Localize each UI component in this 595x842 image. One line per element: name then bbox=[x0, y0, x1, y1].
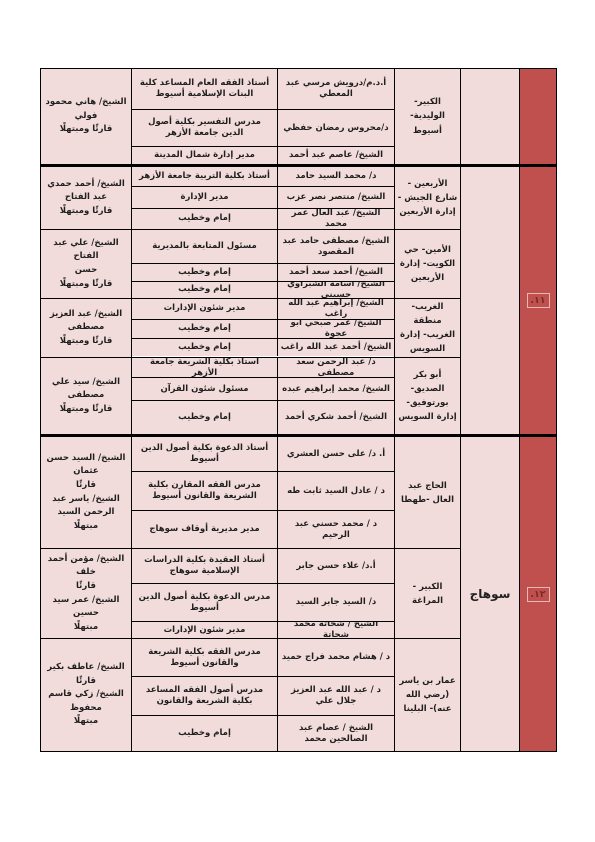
staff-entry-row: الشيخ / عصام عبد الصالحين محمدإمام وخطيب bbox=[132, 715, 394, 751]
mosque-row: الكبير - المراغةأ.د/ علاء حسن جابرأستاذ … bbox=[41, 548, 460, 638]
staff-name-cell: الشيخ / شحاتة محمد شحاتة bbox=[277, 622, 394, 638]
staff-entry-row: الشيخ/ محمد إبراهيم عبدهمسئول شئون القرآ… bbox=[132, 377, 394, 400]
staff-name-cell: الشيخ/ منتصر نصر عزب bbox=[277, 187, 394, 208]
rows-stack: الأربعين - شارع الجيش - إدارة الأربعيند/… bbox=[41, 167, 460, 434]
staff-entry-row: أ.د/ علاء حسن جابرأستاذ العقيدة بكلية ال… bbox=[132, 549, 394, 583]
staff-entries-stack: أ. د/ على حسن العشريأستاذ الدعوة بكلية أ… bbox=[131, 437, 394, 548]
staff-entries-stack: د/ محمد السيد حامدأستاذ بكلية التربية جا… bbox=[131, 167, 394, 229]
staff-entry-row: د / عبد الله عبد العزيز جلال عليمدرس أصو… bbox=[132, 676, 394, 715]
mosque-row: عمار بن ياسر (رضي الله عنه)- البليناد / … bbox=[41, 638, 460, 751]
governorate-group: ١٢.سوهاجالحاج عبد العال -طهطاأ. د/ على ح… bbox=[41, 434, 556, 751]
serial-column-cell: ١٢. bbox=[519, 437, 556, 751]
staff-entry-row: الشيخ / شحاتة محمد شحاتةمدير شئون الإدار… bbox=[132, 621, 394, 638]
reciters-cell: الشيخ/ السيد حسن عثمان قارئًا الشيخ/ ياس… bbox=[41, 437, 131, 548]
staff-position-cell: مدير إدارة شمال المدينة bbox=[132, 147, 277, 164]
staff-entry-row: د/ السيد جابر السيدمدرس الدعوة بكلية أصو… bbox=[132, 583, 394, 621]
staff-entry-row: أ. د/ على حسن العشريأستاذ الدعوة بكلية أ… bbox=[132, 437, 394, 471]
staff-name-cell: د / محمد حسني عبد الرحيم bbox=[277, 511, 394, 548]
staff-entry-row: الشيخ/ مصطفى حامد عبد المقصودمسئول المتا… bbox=[132, 230, 394, 263]
staff-position-cell: مسئول المتابعة بالمديرية bbox=[132, 230, 277, 263]
staff-entry-row: الشيخ/ عبد العال عمر محمدإمام وخطيب bbox=[132, 208, 394, 229]
governorate-label: سوهاج bbox=[470, 587, 511, 601]
rows-stack: الكبير- الوليدية- أسيوطأ.د.م/درويش مرسي … bbox=[41, 69, 460, 164]
staff-name-cell: الشيخ / عصام عبد الصالحين محمد bbox=[277, 716, 394, 751]
document-page: الكبير- الوليدية- أسيوطأ.د.م/درويش مرسي … bbox=[0, 0, 595, 842]
governorate-cell bbox=[460, 167, 519, 434]
staff-name-cell: الشيخ/ أحمد سعد أحمد bbox=[277, 264, 394, 281]
staff-name-cell: الشيخ/ أحمد عبد الله راغب bbox=[277, 339, 394, 356]
staff-position-cell: أستاذ العقيدة بكلية الدراسات الإسلامية س… bbox=[132, 549, 277, 583]
staff-position-cell: أستاذ الدعوة بكلية أصول الدين أسيوط bbox=[132, 437, 277, 471]
staff-position-cell: أستاذ الفقه العام المساعد كلية البنات ال… bbox=[132, 69, 277, 109]
staff-entry-row: د/محروس رمضان حفظيمدرس التفسير بكلية أصو… bbox=[132, 109, 394, 146]
governorate-cell bbox=[460, 69, 519, 164]
staff-position-cell: إمام وخطيب bbox=[132, 209, 277, 229]
staff-name-cell: الشيخ/ مصطفى حامد عبد المقصود bbox=[277, 230, 394, 263]
staff-name-cell: د / عادل السيد ثابت طه bbox=[277, 472, 394, 510]
staff-entry-row: الشيخ/ أسامة الشبراوي حسينيإمام وخطيب bbox=[132, 281, 394, 298]
staff-entries-stack: أ.د.م/درويش مرسي عبد المعطيأستاذ الفقه ا… bbox=[131, 69, 394, 164]
staff-position-cell: إمام وخطيب bbox=[132, 716, 277, 751]
mosque-name-cell: الكبير - المراغة bbox=[394, 549, 460, 638]
staff-position-cell: إمام وخطيب bbox=[132, 282, 277, 298]
staff-name-cell: د/ عبد الرحمن سعد مصطفى bbox=[277, 358, 394, 377]
mosque-row: الأربعين - شارع الجيش - إدارة الأربعيند/… bbox=[41, 167, 460, 229]
staff-position-cell: مدرس أصول الفقه المساعد بكلية الشريعة وا… bbox=[132, 677, 277, 715]
mosque-name-cell: أبو بكر الصديق- بورتوفيق- إدارة السويس bbox=[394, 358, 460, 434]
reciters-cell: الشيخ/ عبد العزيز مصطفى قارئًا ومبتهلًا bbox=[41, 299, 131, 357]
staff-name-cell: الشيخ/ عبد العال عمر محمد bbox=[277, 209, 394, 229]
staff-entry-row: الشيخ/ أحمد شكري أحمدإمام وخطيب bbox=[132, 400, 394, 434]
staff-name-cell: أ.د/ علاء حسن جابر bbox=[277, 549, 394, 583]
governorate-group: ١١.الأربعين - شارع الجيش - إدارة الأربعي… bbox=[41, 164, 556, 434]
staff-position-cell: مدرس التفسير بكلية أصول الدين جامعة الأز… bbox=[132, 110, 277, 146]
staff-name-cell: الشيخ/ عمر صبحي أبو عجوة bbox=[277, 320, 394, 338]
staff-entry-row: د / عادل السيد ثابت طهمدرس الفقه المقارن… bbox=[132, 471, 394, 510]
staff-position-cell: مدير الإدارة bbox=[132, 187, 277, 208]
staff-position-cell: إمام وخطيب bbox=[132, 264, 277, 281]
mosque-row: أبو بكر الصديق- بورتوفيق- إدارة السويسد/… bbox=[41, 357, 460, 434]
staff-entry-row: د / محمد حسني عبد الرحيممدير مديرية أوقا… bbox=[132, 510, 394, 548]
staff-name-cell: الشيخ/ عاصم عبد أحمد bbox=[277, 147, 394, 164]
staff-position-cell: مدير مديرية أوقاف سوهاج bbox=[132, 511, 277, 548]
staff-name-cell: د/ محمد السيد حامد bbox=[277, 167, 394, 186]
mosque-name-cell: الأمين- حي الكويت- إدارة الأربعين bbox=[394, 230, 460, 298]
staff-position-cell: أستاذ بكلية التربية جامعة الأزهر bbox=[132, 167, 277, 186]
serial-number-badge: ١١. bbox=[527, 293, 550, 308]
staff-entries-stack: د / هشام محمد فراج حميدمدرس الفقه بكلية … bbox=[131, 639, 394, 751]
staff-position-cell: مدرس الفقه المقارن بكلية الشريعة والقانو… bbox=[132, 472, 277, 510]
governorate-group: الكبير- الوليدية- أسيوطأ.د.م/درويش مرسي … bbox=[41, 69, 556, 164]
staff-name-cell: الشيخ/ أسامة الشبراوي حسيني bbox=[277, 282, 394, 298]
staff-name-cell: الشيخ/ محمد إبراهيم عبده bbox=[277, 378, 394, 400]
staff-entry-row: الشيخ/ أحمد عبد الله راغبإمام وخطيب bbox=[132, 338, 394, 356]
reciters-cell: الشيخ/ سيد علي مصطفى قارئًا ومبتهلًا bbox=[41, 358, 131, 434]
staff-position-cell: إمام وخطيب bbox=[132, 401, 277, 434]
staff-entries-stack: د/ عبد الرحمن سعد مصطفىأستاذ بكلية الشري… bbox=[131, 358, 394, 434]
staff-name-cell: الشيخ/ إبراهيم عبد الله راغب bbox=[277, 299, 394, 319]
serial-column-cell bbox=[519, 69, 556, 164]
staff-entry-row: الشيخ/ عمر صبحي أبو عجوةإمام وخطيب bbox=[132, 319, 394, 338]
staff-entries-stack: أ.د/ علاء حسن جابرأستاذ العقيدة بكلية ال… bbox=[131, 549, 394, 638]
staff-name-cell: الشيخ/ أحمد شكري أحمد bbox=[277, 401, 394, 434]
staff-position-cell: مدير شئون الإدارات bbox=[132, 299, 277, 319]
serial-number-badge: ١٢. bbox=[527, 587, 550, 602]
mosque-row: الحاج عبد العال -طهطاأ. د/ على حسن العشر… bbox=[41, 437, 460, 548]
mosque-row: الكبير- الوليدية- أسيوطأ.د.م/درويش مرسي … bbox=[41, 69, 460, 164]
mosque-name-cell: الغريب- منطقة الغريب- إدارة السويس bbox=[394, 299, 460, 357]
mosque-name-cell: عمار بن ياسر (رضي الله عنه)- البلينا bbox=[394, 639, 460, 751]
staff-name-cell: د/ السيد جابر السيد bbox=[277, 584, 394, 621]
staff-position-cell: مسئول شئون القرآن bbox=[132, 378, 277, 400]
imams-assignment-table: الكبير- الوليدية- أسيوطأ.د.م/درويش مرسي … bbox=[40, 68, 557, 752]
staff-name-cell: د/محروس رمضان حفظي bbox=[277, 110, 394, 146]
staff-entry-row: د/ عبد الرحمن سعد مصطفىأستاذ بكلية الشري… bbox=[132, 358, 394, 377]
mosque-name-cell: الأربعين - شارع الجيش - إدارة الأربعين bbox=[394, 167, 460, 229]
staff-name-cell: د / عبد الله عبد العزيز جلال علي bbox=[277, 677, 394, 715]
reciters-cell: الشيخ/ علي عبد الفتاح حسن قارئًا ومبتهلً… bbox=[41, 230, 131, 298]
staff-name-cell: د / هشام محمد فراج حميد bbox=[277, 639, 394, 676]
serial-column-cell: ١١. bbox=[519, 167, 556, 434]
reciters-cell: الشيخ/ مؤمن أحمد خلف قارئًا الشيخ/ عمر س… bbox=[41, 549, 131, 638]
staff-entry-row: د/ محمد السيد حامدأستاذ بكلية التربية جا… bbox=[132, 167, 394, 186]
staff-position-cell: أستاذ بكلية الشريعة جامعة الأزهر bbox=[132, 358, 277, 377]
reciters-cell: الشيخ/ أحمد حمدي عبد الفتاح قارئًا ومبته… bbox=[41, 167, 131, 229]
staff-entry-row: الشيخ/ منتصر نصر عزبمدير الإدارة bbox=[132, 186, 394, 208]
staff-entry-row: أ.د.م/درويش مرسي عبد المعطيأستاذ الفقه ا… bbox=[132, 69, 394, 109]
governorate-cell: سوهاج bbox=[460, 437, 519, 751]
staff-position-cell: مدرس الدعوة بكلية أصول الدين أسيوط bbox=[132, 584, 277, 621]
staff-position-cell: إمام وخطيب bbox=[132, 339, 277, 356]
mosque-name-cell: الحاج عبد العال -طهطا bbox=[394, 437, 460, 548]
mosque-row: الغريب- منطقة الغريب- إدارة السويسالشيخ/… bbox=[41, 298, 460, 357]
staff-entries-stack: الشيخ/ إبراهيم عبد الله راغبمدير شئون ال… bbox=[131, 299, 394, 357]
staff-entry-row: د / هشام محمد فراج حميدمدرس الفقه بكلية … bbox=[132, 639, 394, 676]
staff-entry-row: الشيخ/ عاصم عبد أحمدمدير إدارة شمال المد… bbox=[132, 146, 394, 164]
staff-entry-row: الشيخ/ إبراهيم عبد الله راغبمدير شئون ال… bbox=[132, 299, 394, 319]
rows-stack: الحاج عبد العال -طهطاأ. د/ على حسن العشر… bbox=[41, 437, 460, 751]
mosque-row: الأمين- حي الكويت- إدارة الأربعينالشيخ/ … bbox=[41, 229, 460, 298]
reciters-cell: الشيخ/ عاطف بكير قارئًا الشيخ/ زكي قاسم … bbox=[41, 639, 131, 751]
staff-entry-row: الشيخ/ أحمد سعد أحمدإمام وخطيب bbox=[132, 263, 394, 281]
staff-name-cell: أ.د.م/درويش مرسي عبد المعطي bbox=[277, 69, 394, 109]
staff-position-cell: إمام وخطيب bbox=[132, 320, 277, 338]
staff-entries-stack: الشيخ/ مصطفى حامد عبد المقصودمسئول المتا… bbox=[131, 230, 394, 298]
reciters-cell: الشيخ/ هاني محمود فولي قارئًا ومبتهلًا bbox=[41, 69, 131, 164]
staff-position-cell: مدير شئون الإدارات bbox=[132, 622, 277, 638]
staff-name-cell: أ. د/ على حسن العشري bbox=[277, 437, 394, 471]
mosque-name-cell: الكبير- الوليدية- أسيوط bbox=[394, 69, 460, 164]
staff-position-cell: مدرس الفقه بكلية الشريعة والقانون أسيوط bbox=[132, 639, 277, 676]
